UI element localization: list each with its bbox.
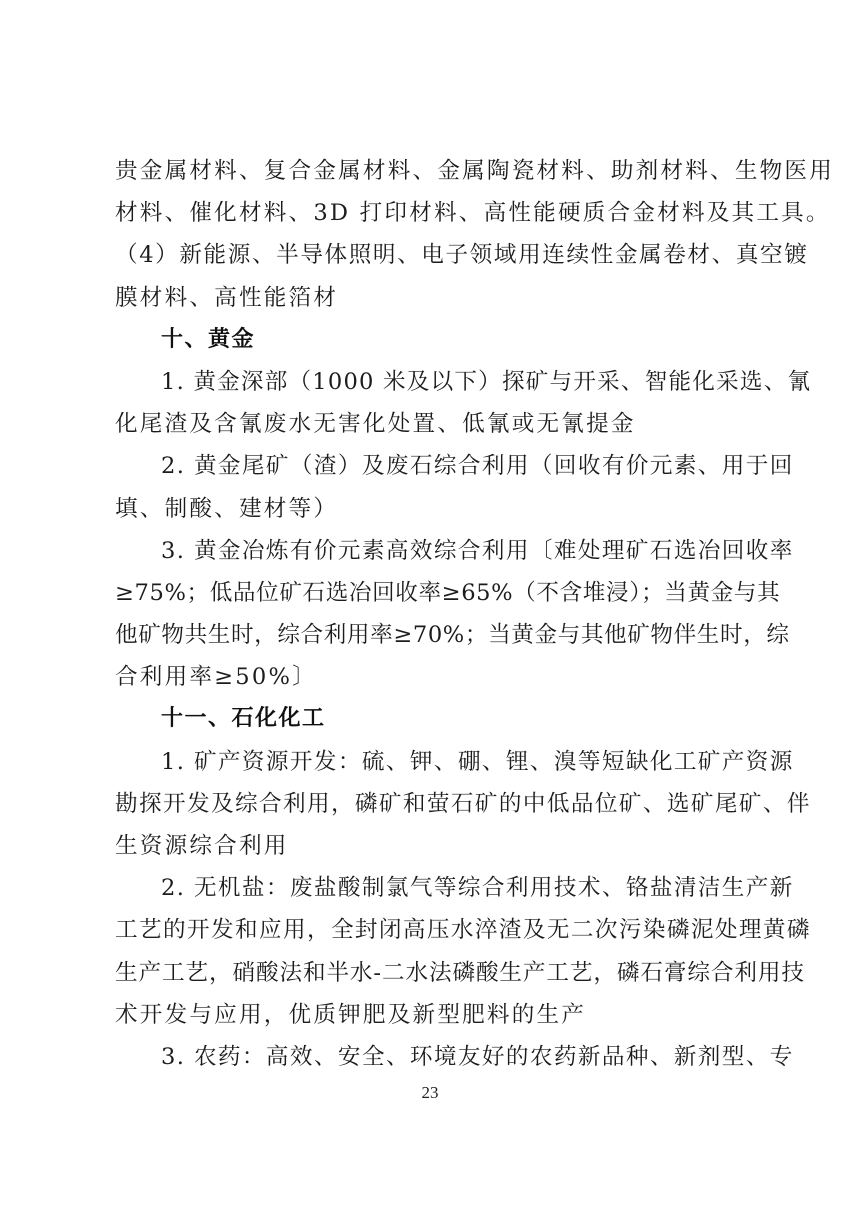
text-line: 3. 农药：高效、安全、环境友好的农药新品种、新剂型、专 (115, 1036, 745, 1078)
text-line: 贵金属材料、复合金属材料、金属陶瓷材料、助剂材料、生物医用 (115, 150, 745, 192)
text-line: （4）新能源、半导体照明、电子领域用连续性金属卷材、真空镀 (115, 234, 745, 276)
text-line: 1. 矿产资源开发：硫、钾、硼、锂、溴等短缺化工矿产资源 (115, 741, 745, 783)
page-number: 23 (0, 1083, 860, 1103)
text-line: 材料、催化材料、3D 打印材料、高性能硬质合金材料及其工具。 (115, 192, 745, 234)
text-line: 他矿物共生时，综合利用率≥70%；当黄金与其他矿物伴生时，综 (115, 614, 745, 656)
text-line: 2. 无机盐：废盐酸制氯气等综合利用技术、铬盐清洁生产新 (115, 867, 745, 909)
text-line: 3. 黄金冶炼有价元素高效综合利用〔难处理矿石选冶回收率 (115, 530, 745, 572)
document-body: 贵金属材料、复合金属材料、金属陶瓷材料、助剂材料、生物医用 材料、催化材料、3D… (115, 150, 745, 1078)
text-line: 生产工艺，硝酸法和半水-二水法磷酸生产工艺，磷石膏综合利用技 (115, 952, 745, 994)
text-line: 2. 黄金尾矿（渣）及废石综合利用（回收有价元素、用于回 (115, 445, 745, 487)
text-line: 生资源综合利用 (115, 825, 745, 867)
text-line: 工艺的开发和应用，全封闭高压水淬渣及无二次污染磷泥处理黄磷 (115, 909, 745, 951)
text-line: 1. 黄金深部（1000 米及以下）探矿与开采、智能化采选、氰 (115, 361, 745, 403)
text-line: ≥75%；低品位矿石选冶回收率≥65%（不含堆浸）；当黄金与其 (115, 572, 745, 614)
text-line: 化尾渣及含氰废水无害化处置、低氰或无氰提金 (115, 403, 745, 445)
document-page: 贵金属材料、复合金属材料、金属陶瓷材料、助剂材料、生物医用 材料、催化材料、3D… (0, 0, 860, 1216)
text-line: 勘探开发及综合利用，磷矿和萤石矿的中低品位矿、选矿尾矿、伴 (115, 783, 745, 825)
section-heading-gold: 十、黄金 (115, 319, 745, 361)
text-line: 膜材料、高性能箔材 (115, 277, 745, 319)
text-line: 合利用率≥50%〕 (115, 656, 745, 698)
text-line: 填、制酸、建材等） (115, 488, 745, 530)
text-line: 术开发与应用，优质钾肥及新型肥料的生产 (115, 994, 745, 1036)
section-heading-petrochemical: 十一、石化化工 (115, 698, 745, 740)
